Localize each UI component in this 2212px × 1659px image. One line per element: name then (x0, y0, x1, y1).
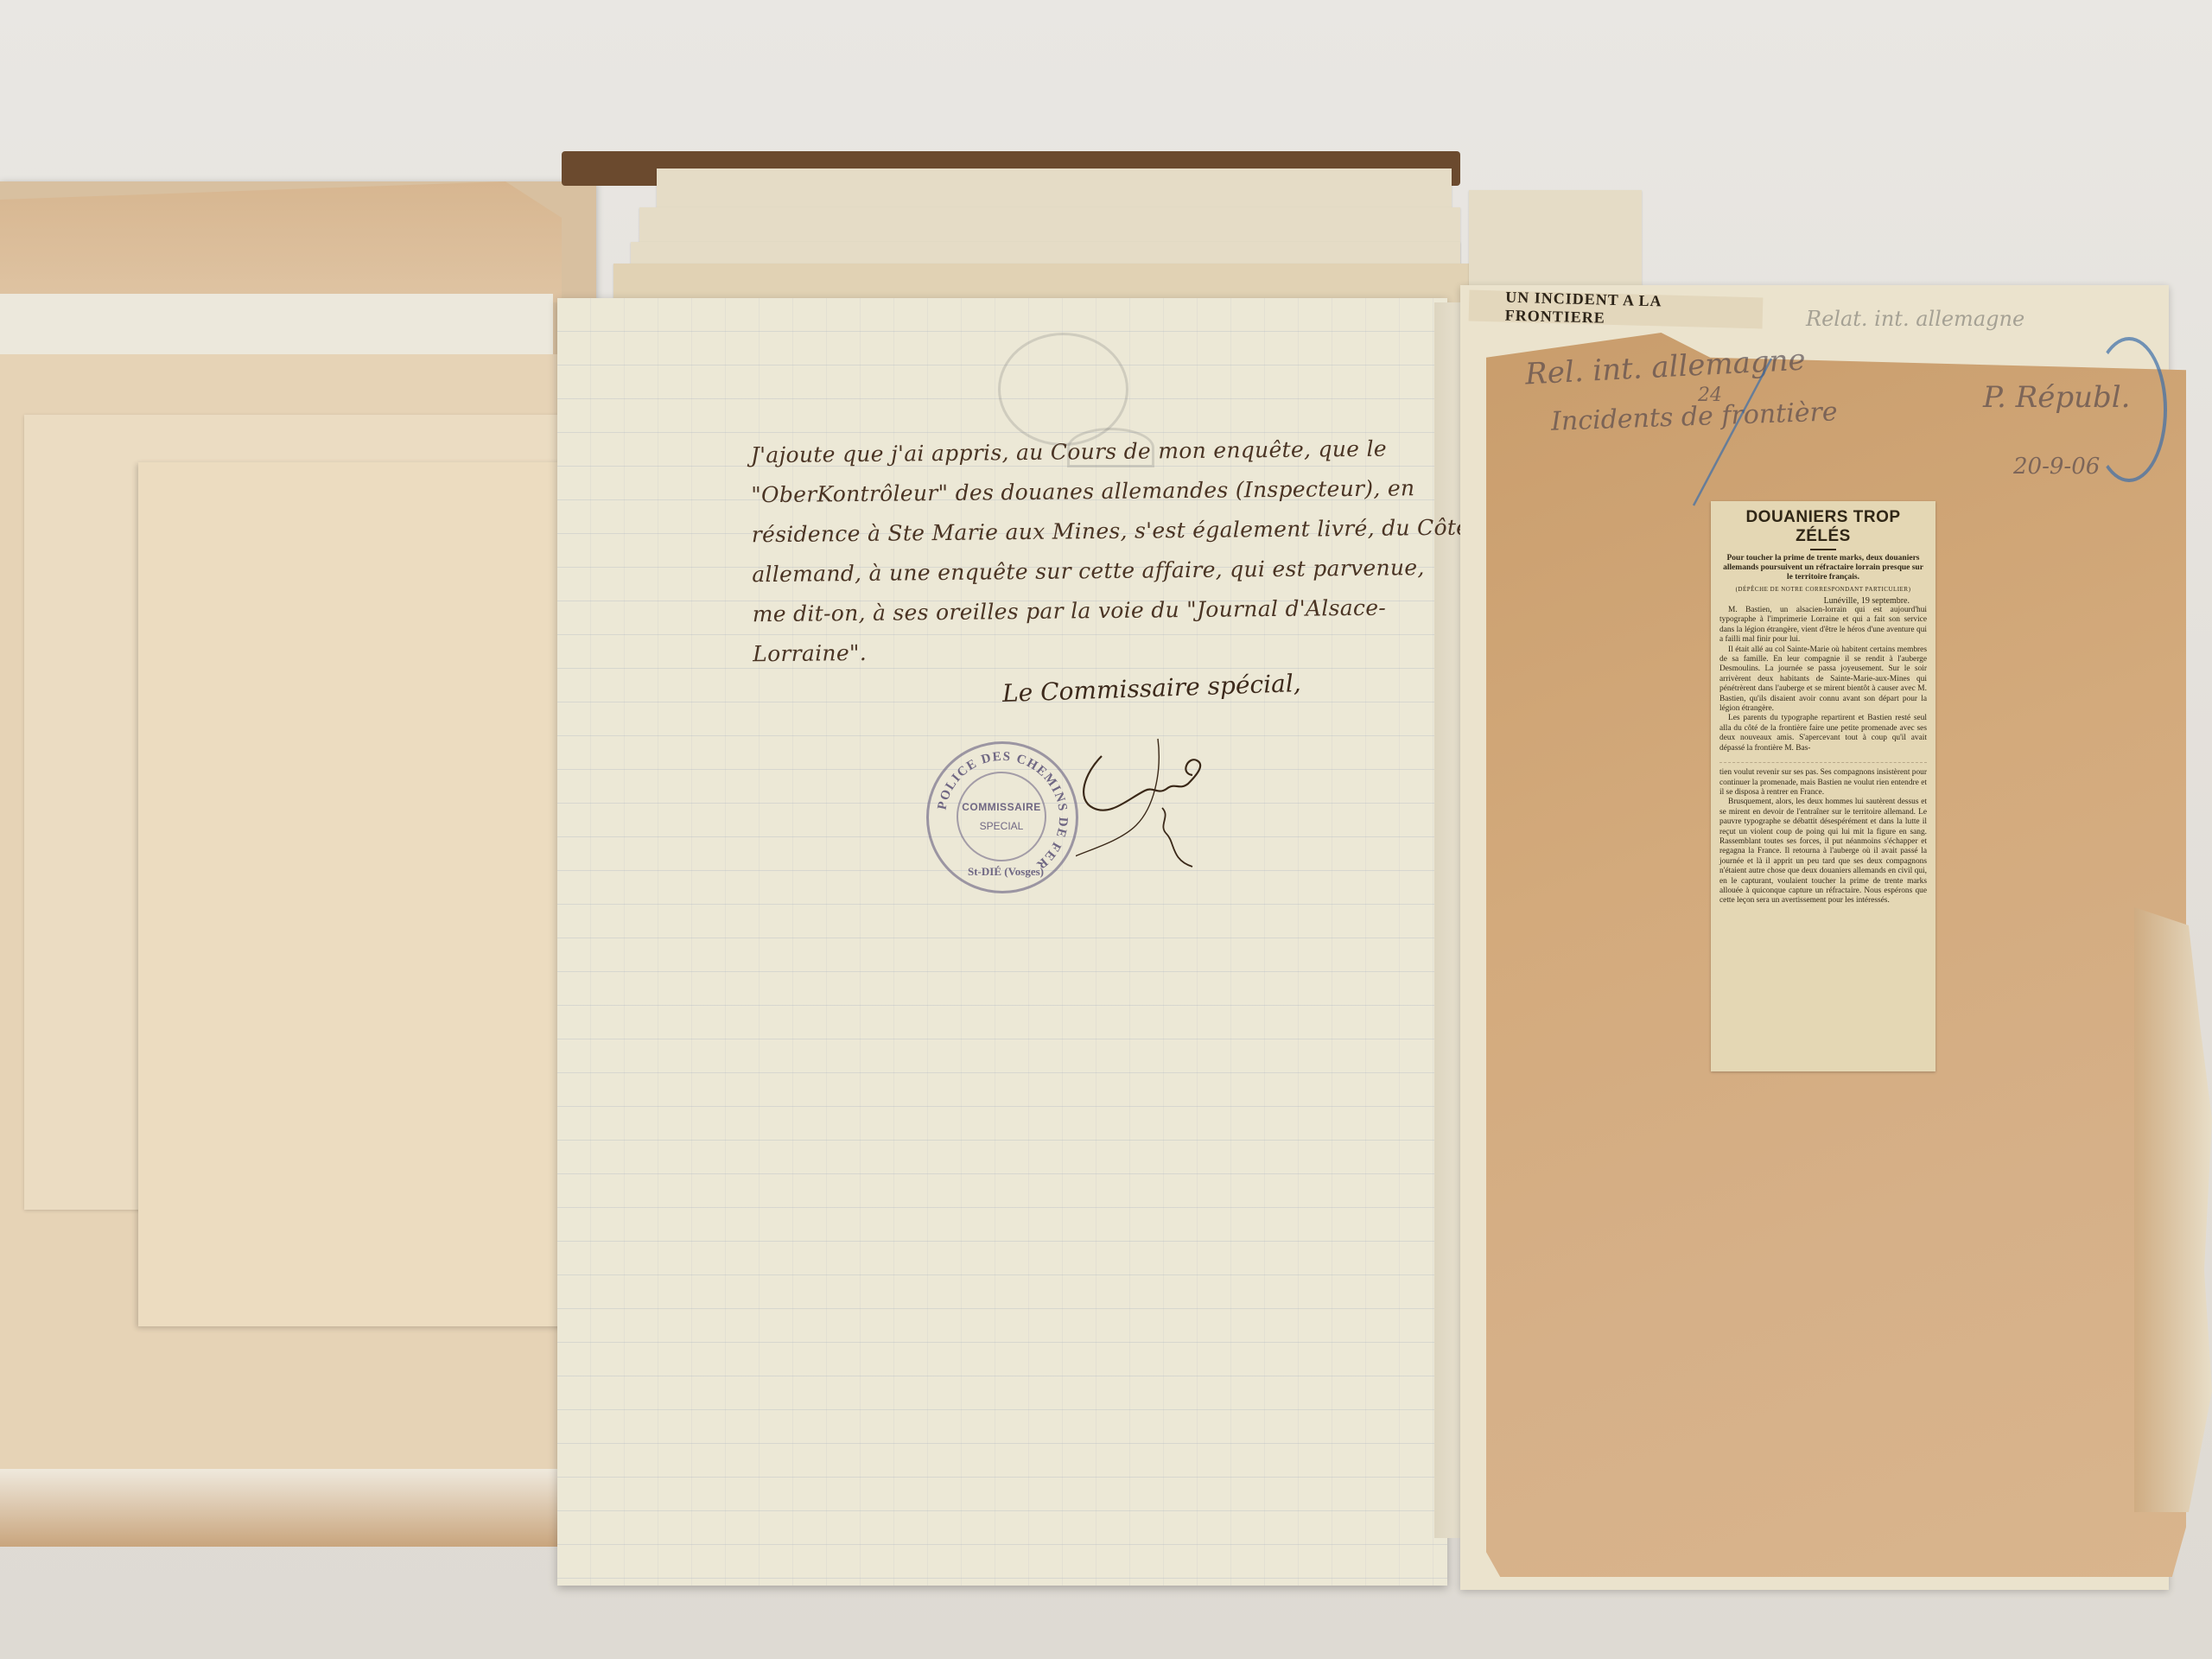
letter-line: me dit-on, à ses oreilles par la voie du… (753, 588, 1461, 635)
clipping-title: DOUANIERS TROP ZÉLÉS (1719, 508, 1927, 546)
clipping-paragraph: Les parents du typographe repartirent et… (1719, 714, 1927, 753)
clipping-column-break (1719, 753, 1927, 763)
pencil-source: P. Républ. (1983, 380, 2130, 415)
newspaper-clipping: DOUANIERS TROP ZÉLÉS Pour toucher la pri… (1711, 501, 1935, 1071)
pencil-note-top: Relat. int. allemagne (1806, 307, 2024, 331)
pencil-date: 20-9-06 (2013, 454, 2100, 480)
clipping-paragraph: Il était allé au col Sainte-Marie où hab… (1719, 645, 1927, 715)
stamp-center: COMMISSAIRE SPECIAL (957, 772, 1046, 861)
clipping-title-rule (1810, 549, 1836, 550)
clipping-paragraph: M. Bastien, un alsacien-lorrain qui est … (1719, 606, 1927, 645)
left-folder-bottom-edge (0, 1469, 588, 1547)
left-folder-flap (0, 181, 562, 302)
clipping-paragraph: Brusquement, alors, les deux hommes lui … (1719, 798, 1927, 906)
clipping-dateline: Lunéville, 19 septembre. (1719, 596, 1927, 606)
stamp-center-line2: SPECIAL (980, 820, 1024, 832)
clipping-paragraph: tien voulut revenir sur ses pas. Ses com… (1719, 768, 1927, 798)
stamp-center-line1: COMMISSAIRE (962, 801, 1041, 813)
clipping-byline: (DÉPÊCHE DE NOTRE CORRESPONDANT PARTICUL… (1719, 586, 1927, 593)
clipping-header-strip: UN INCIDENT A LA FRONTIERE (1469, 290, 1764, 329)
police-railway-stamp: POLICE DES CHEMINS DE FER COMMISSAIRE SP… (926, 741, 1078, 893)
left-sheet-front (138, 462, 570, 1326)
clipping-body: M. Bastien, un alsacien-lorrain qui est … (1719, 606, 1927, 906)
clipping-subtitle: Pour toucher la prime de trente marks, d… (1719, 554, 1927, 582)
blue-pencil-stroke-icon (1607, 354, 1780, 510)
letter-body: J'ajoute que j'ai appris, au Cours de mo… (751, 429, 1462, 675)
signature-icon (1076, 721, 1231, 868)
stamp-bottom-text: St-DIÉ (Vosges) (968, 865, 1044, 879)
letter-line: Lorraine". (753, 627, 1461, 675)
clipping-header: UN INCIDENT A LA FRONTIERE (1504, 289, 1763, 332)
